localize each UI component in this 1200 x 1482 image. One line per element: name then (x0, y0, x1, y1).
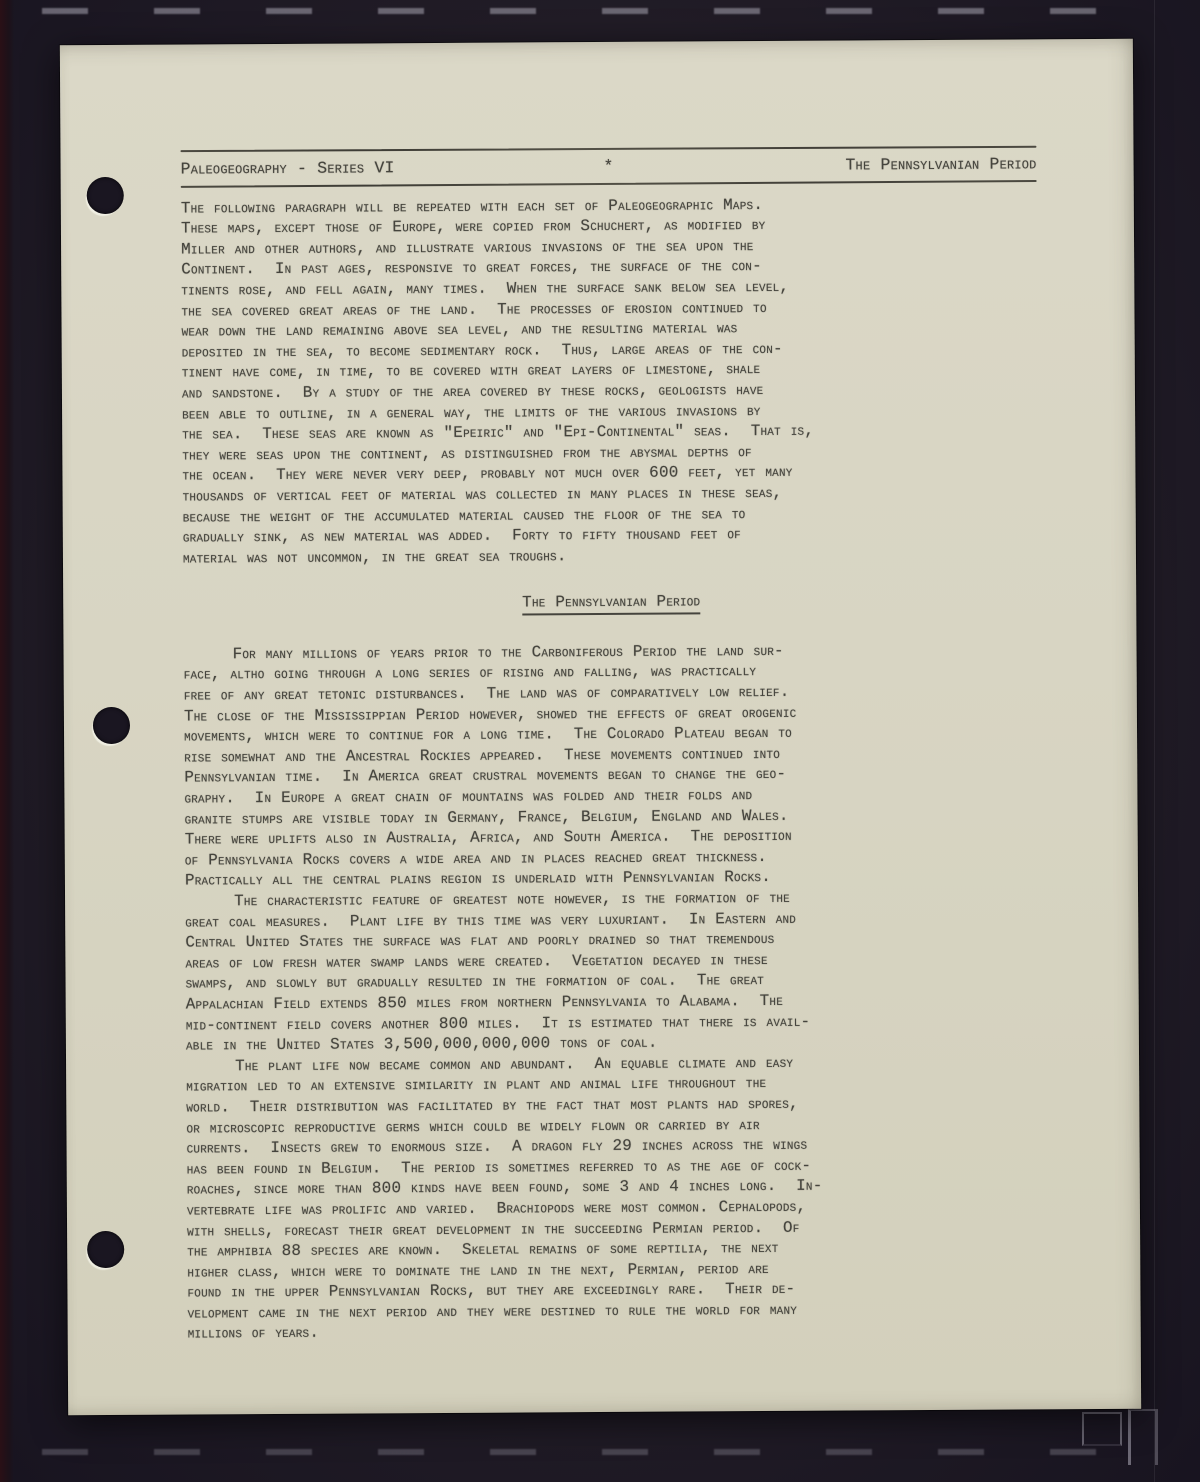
film-scratch-line (1154, 0, 1155, 1482)
film-perforation-marks-top (42, 8, 1158, 14)
body-paragraphs: For many millions of years prior to the … (183, 639, 1043, 1344)
punch-hole (87, 177, 124, 214)
header-left-title: Paleogeography - Series VI (181, 157, 579, 180)
punch-hole (93, 707, 130, 744)
header-rule-bottom (181, 180, 1037, 188)
document-page: Paleogeography - Series VI * The Pennsyl… (60, 39, 1141, 1416)
intro-paragraph: The following paragraph will be repeated… (181, 193, 1039, 569)
typewritten-content: Paleogeography - Series VI * The Pennsyl… (180, 145, 1043, 1344)
film-scan-background: Paleogeography - Series VI * The Pennsyl… (0, 0, 1200, 1482)
text-line: millions of years. (188, 1319, 1044, 1345)
header-separator-asterisk: * (579, 157, 639, 178)
header-right-title: The Pennsylvanian Period (639, 154, 1037, 177)
punch-hole (87, 1231, 124, 1268)
film-frame-counter-mark (1128, 1409, 1158, 1465)
film-perforation-marks-bottom (42, 1449, 1158, 1455)
film-frame-counter-mark (1082, 1412, 1122, 1446)
section-heading-text: The Pennsylvanian Period (522, 593, 700, 616)
text-line: material was not uncommon, in the great … (183, 543, 1039, 569)
section-heading: The Pennsylvanian Period (183, 590, 1039, 616)
header-rule-top (180, 146, 1036, 152)
page-header: Paleogeography - Series VI * The Pennsyl… (181, 154, 1037, 180)
